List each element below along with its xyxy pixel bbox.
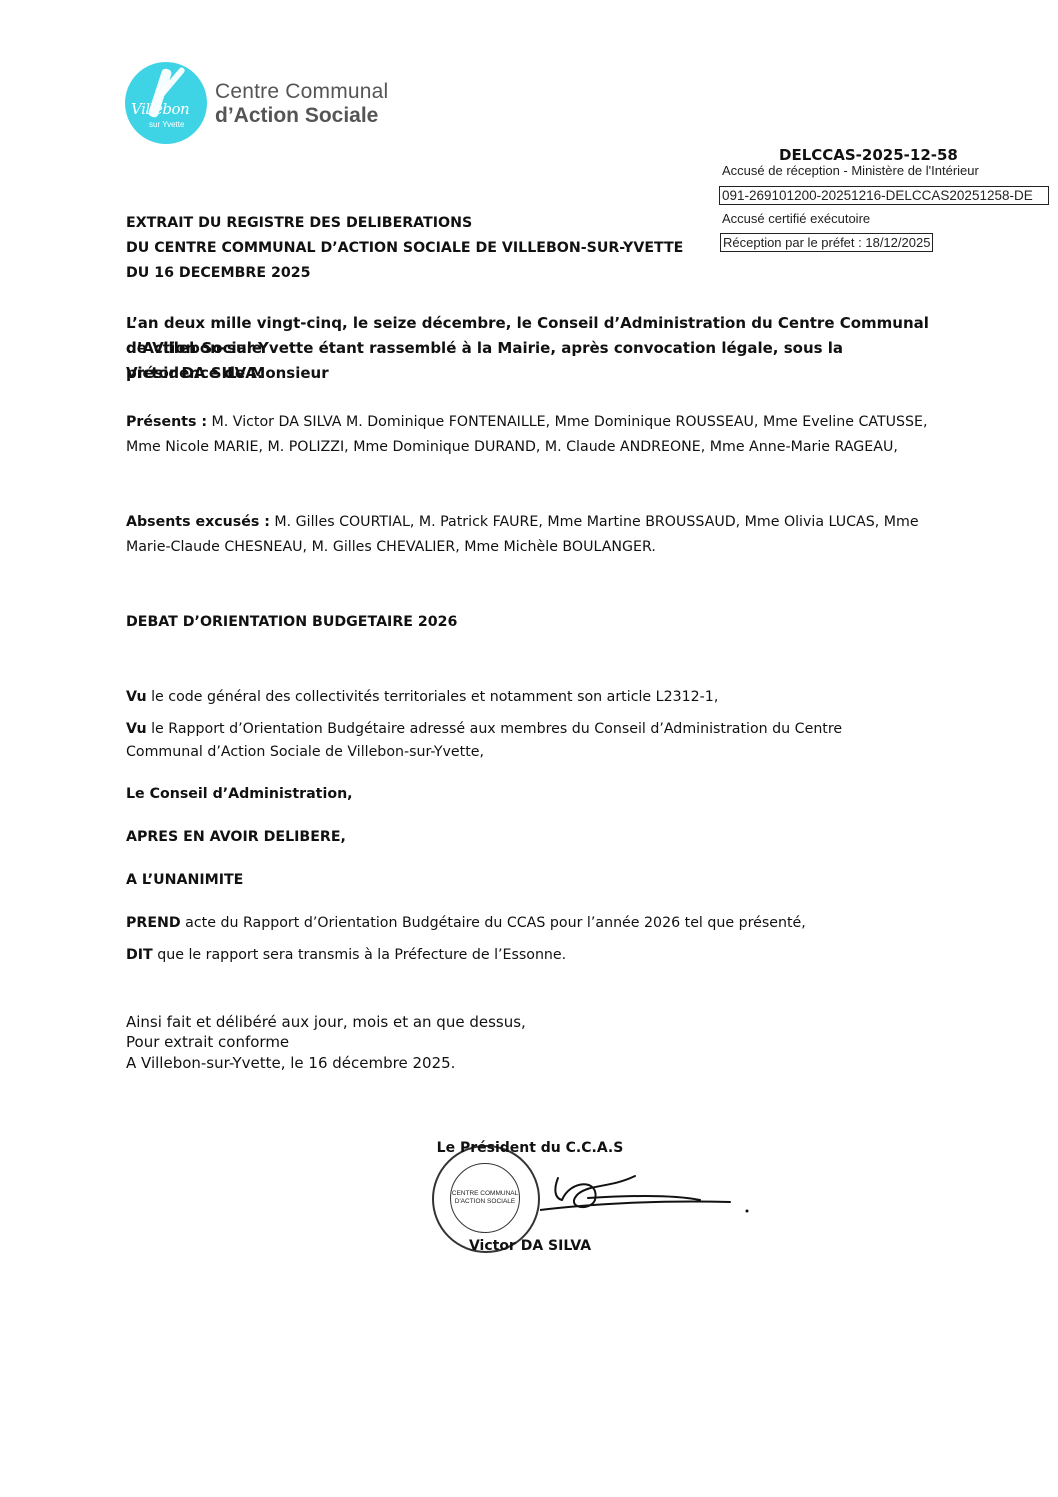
vu-text: le code général des collectivités territ… bbox=[147, 689, 719, 705]
decision-item: PREND acte du Rapport d’Orientation Budg… bbox=[126, 911, 936, 936]
presents-text: M. Victor DA SILVA M. Dominique FONTENAI… bbox=[207, 414, 927, 430]
decision-item: DIT que le rapport sera transmis à la Pr… bbox=[126, 943, 936, 968]
absents-line2: Marie-Claude CHESNEAU, M. Gilles CHEVALI… bbox=[126, 535, 936, 560]
intro-line3: Victor DA SILVA. bbox=[126, 361, 936, 386]
decision-text: acte du Rapport d’Orientation Budgétaire… bbox=[181, 915, 806, 931]
vu-text-continued: Communal d’Action Sociale de Villebon-su… bbox=[126, 740, 936, 765]
presents-line1: Présents : M. Victor DA SILVA M. Dominiq… bbox=[126, 410, 936, 435]
closing-line2: Pour extrait conforme bbox=[126, 1032, 936, 1052]
presents-line2: Mme Nicole MARIE, M. POLIZZI, Mme Domini… bbox=[126, 435, 936, 460]
closing-line3: A Villebon-sur-Yvette, le 16 décembre 20… bbox=[126, 1053, 936, 1073]
handwritten-signature bbox=[540, 1170, 760, 1220]
header-line2: DU CENTRE COMMUNAL D’ACTION SOCIALE DE V… bbox=[126, 236, 936, 261]
seal-inner-line2: D'ACTION SOCIALE bbox=[451, 1198, 519, 1206]
absents-line1: Absents excusés : M. Gilles COURTIAL, M.… bbox=[126, 510, 936, 535]
absents-label: Absents excusés : bbox=[126, 514, 270, 530]
header-line3: DU 16 DECEMBRE 2025 bbox=[126, 261, 936, 286]
vu-item: Vu le Rapport d’Orientation Budgétaire a… bbox=[126, 717, 936, 742]
stamp-receipt-line: Accusé de réception - Ministère de l'Int… bbox=[722, 163, 979, 178]
subject-title: DEBAT D’ORIENTATION BUDGETAIRE 2026 bbox=[126, 610, 936, 635]
vu-label: Vu bbox=[126, 689, 147, 705]
stamp-identifier: 091-269101200-20251216-DELCCAS20251258-D… bbox=[719, 186, 1049, 205]
signatory-title: Le Président du C.C.A.S bbox=[400, 1136, 660, 1161]
decision-label: DIT bbox=[126, 947, 153, 963]
deliberation-reference: DELCCAS-2025-12-58 bbox=[779, 146, 958, 164]
deliberated-label: APRES EN AVOIR DELIBERE, bbox=[126, 825, 936, 850]
absents-text: M. Gilles COURTIAL, M. Patrick FAURE, Mm… bbox=[270, 514, 919, 530]
presents-label: Présents : bbox=[126, 414, 207, 430]
header-line1: EXTRAIT DU REGISTRE DES DELIBERATIONS bbox=[126, 211, 936, 236]
decision-text: que le rapport sera transmis à la Préfec… bbox=[153, 947, 566, 963]
logo-brand-sub: sur Yvette bbox=[149, 120, 184, 129]
vu-item: Vu le code général des collectivités ter… bbox=[126, 685, 936, 710]
seal-inner-line1: CENTRE COMMUNAL bbox=[451, 1190, 519, 1198]
vu-label: Vu bbox=[126, 721, 147, 737]
closing-line1: Ainsi fait et délibéré aux jour, mois et… bbox=[126, 1012, 936, 1032]
council-label: Le Conseil d’Administration, bbox=[126, 782, 936, 807]
logo-brand: Villebon bbox=[131, 100, 189, 118]
logo-title-line1: Centre Communal bbox=[215, 80, 388, 104]
signatory-name: Victor DA SILVA bbox=[400, 1234, 660, 1259]
logo-emblem: Villebon sur Yvette bbox=[125, 62, 207, 144]
logo-title-line2: d’Action Sociale bbox=[215, 104, 378, 128]
seal-inner-ring: CENTRE COMMUNAL D'ACTION SOCIALE bbox=[450, 1163, 520, 1233]
unanimity-label: A L’UNANIMITE bbox=[126, 868, 936, 893]
decision-label: PREND bbox=[126, 915, 181, 931]
vu-text: le Rapport d’Orientation Budgétaire adre… bbox=[147, 721, 843, 737]
